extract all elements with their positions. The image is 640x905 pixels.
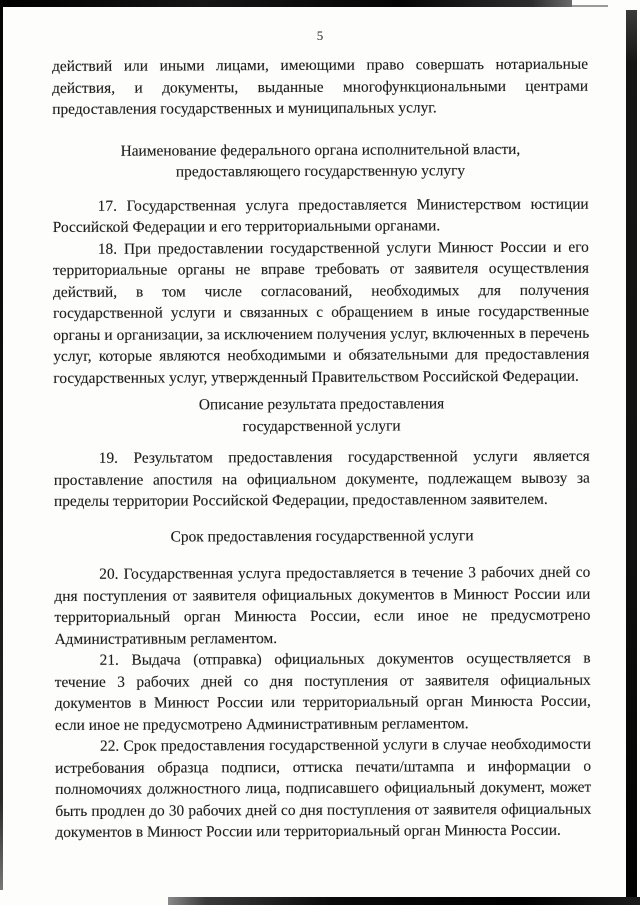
paragraph-21: 21. Выдача (отправка) официальных докуме… <box>55 648 591 736</box>
paragraph-17: 17. Государственная услуга предоставляет… <box>53 193 589 238</box>
scan-edge-right <box>626 10 637 905</box>
page-number: 5 <box>0 28 640 44</box>
document-content: действий или иными лицами, имеющими прав… <box>52 54 591 844</box>
paragraph-19: 19. Результатом предоставления государст… <box>54 446 590 513</box>
section-heading-term: Срок предоставления государственной услу… <box>54 524 590 548</box>
section-heading-authority: Наименование федерального органа исполни… <box>52 138 588 183</box>
heading-line-1: Наименование федерального органа исполни… <box>52 138 588 162</box>
paragraph-20: 20. Государственная услуга предоставляет… <box>54 562 590 650</box>
scan-edge-left <box>0 0 3 890</box>
scan-edge-top-tail <box>572 5 608 7</box>
heading-line-2: предоставляющего государственную услугу <box>52 160 588 184</box>
section-heading-result: Описание результата предоставления госуд… <box>53 393 589 438</box>
paragraph-18: 18. При предоставлении государственной у… <box>53 236 590 389</box>
paragraph-22: 22. Срок предоставления государственной … <box>55 734 591 844</box>
scanned-document-page: 5 действий или иными лицами, имеющими пр… <box>0 0 640 905</box>
scan-edge-top <box>0 0 572 7</box>
scan-edge-bottom <box>168 897 640 905</box>
heading-line-1: Описание результата предоставления <box>53 393 589 417</box>
heading-line-2: государственной услуги <box>54 414 590 438</box>
paragraph-continuation: действий или иными лицами, имеющими прав… <box>52 54 588 121</box>
